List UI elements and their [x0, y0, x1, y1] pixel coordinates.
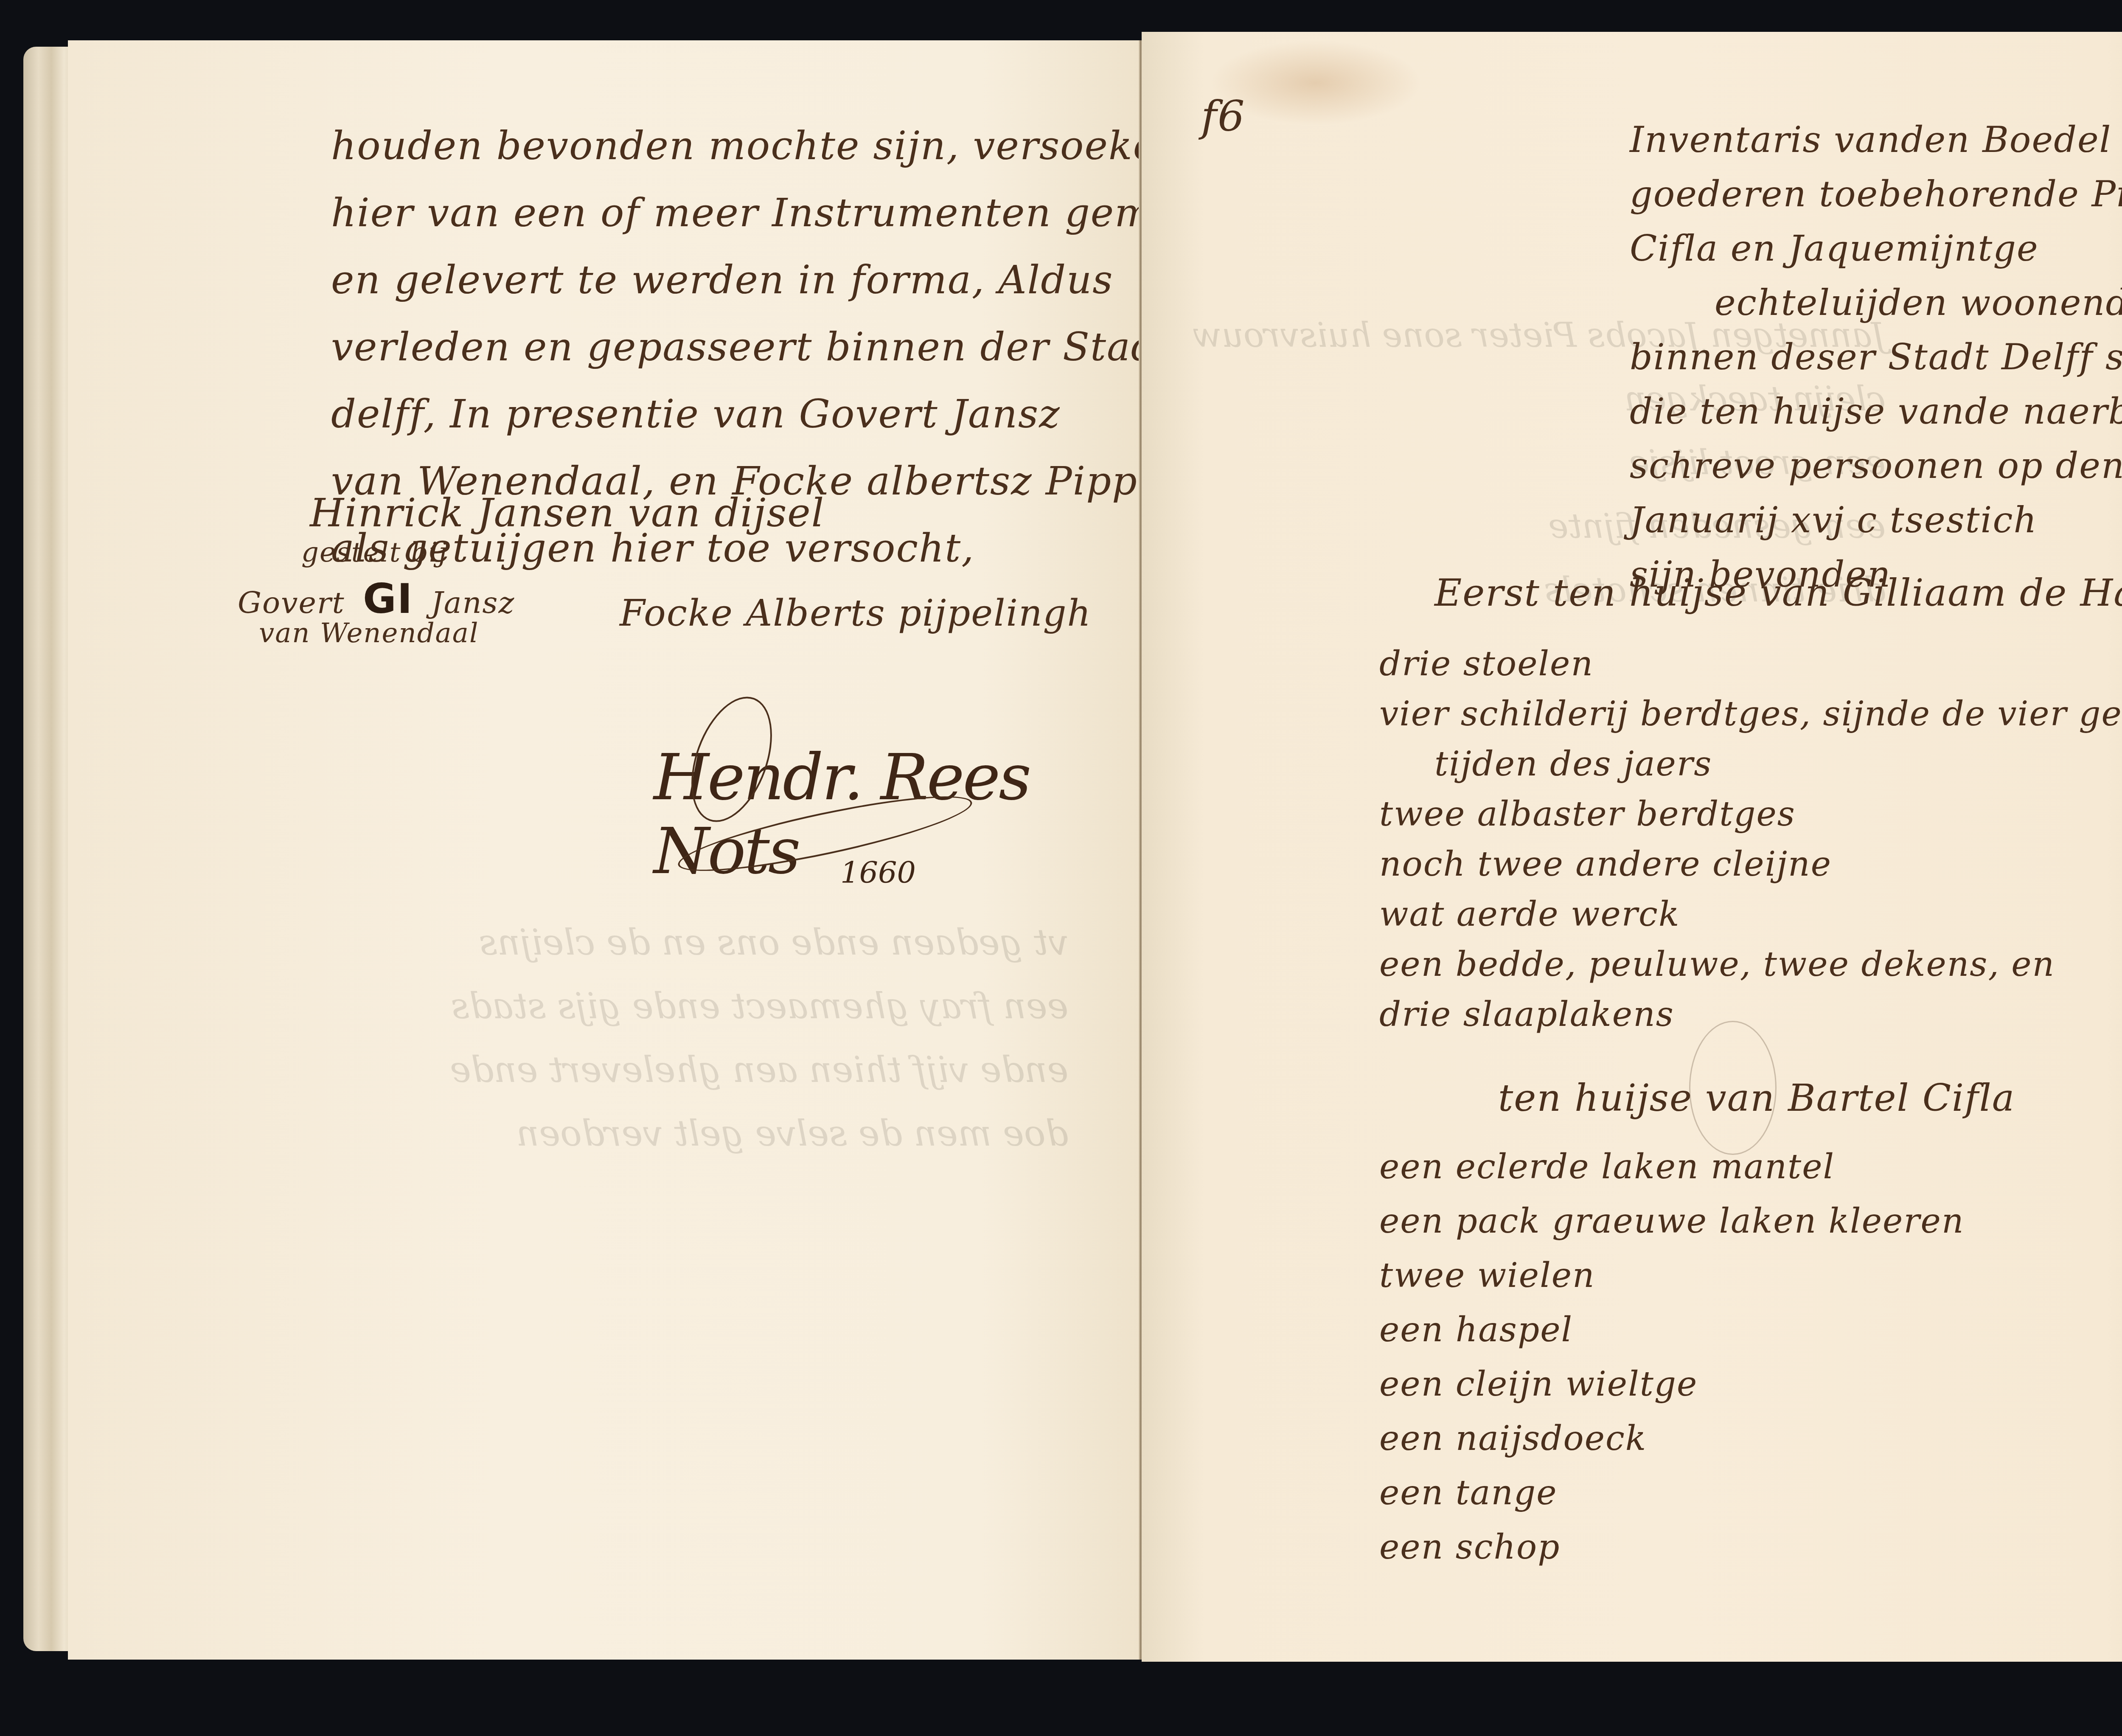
signature-govert: Govert GI Jansz: [238, 575, 515, 623]
inventory-item: een cleijn wieltge: [1379, 1357, 1964, 1411]
inventory-heading: Inventaris vanden Boedel en goederen toe…: [1630, 112, 2122, 601]
text-line: delff, In presentie van Govert Jansz: [331, 381, 1242, 448]
text-line: houden bevonden mochte sijn, versoekende: [331, 112, 1242, 180]
heading-line: goederen toebehorende Pieter: [1630, 167, 2122, 221]
inventory-item: een naijsdoeck: [1379, 1411, 1964, 1466]
inventory-item: twee wielen: [1379, 1248, 1964, 1303]
text-line: hier van een of meer Instrumenten gemaak…: [331, 180, 1242, 247]
heading-line: Januarij xvj c tsestich: [1630, 493, 2122, 547]
govert-patronym: Jansz: [431, 585, 515, 620]
bleedthrough-text: vt gedaen ende ons en de cleijns een fra…: [450, 910, 1068, 1165]
inventory-item: een eclerde laken mantel: [1379, 1140, 1964, 1194]
left-page: houden bevonden mochte sijn, versoekende…: [68, 40, 1142, 1660]
govert-mark: GI: [363, 575, 413, 623]
margin-mark: f6: [1201, 91, 1246, 141]
manuscript-spread: houden bevonden mochte sijn, versoekende…: [0, 0, 2122, 1736]
section-items-1: drie stoelen vier schilderij berdtges, s…: [1379, 639, 2122, 1039]
inventory-item: twee albaster berdtges: [1379, 789, 2122, 839]
heading-line: binnen deser Stadt Delff soo al: [1630, 330, 2122, 384]
text-line: verleden en gepasseert binnen der Stadt: [331, 314, 1242, 381]
govert-name: Govert: [238, 585, 345, 620]
heading-line: echteluijden woonende: [1630, 275, 2122, 330]
heading-line: Inventaris vanden Boedel en: [1630, 112, 2122, 167]
text-line: en gelevert te werden in forma, Aldus: [331, 247, 1242, 314]
page-edges-left: [23, 47, 74, 1651]
inventory-item: een pack graeuwe laken kleeren: [1379, 1194, 1964, 1248]
inventory-item: noch twee andere cleijne: [1379, 839, 2122, 889]
heading-line: schreve persoonen op den 6sten: [1630, 438, 2122, 493]
signature-hendrick: Hinrick Jansen van dijsel: [310, 490, 825, 536]
mark-label: gestelt bij: [301, 537, 448, 568]
heading-line: die ten huijse vande naerbe: [1630, 384, 2122, 438]
inventory-item: drie stoelen: [1379, 639, 2122, 689]
inventory-item: een haspel: [1379, 1303, 1964, 1357]
section-title-1: Eerst ten huijse van Gilliaam de Haa: [1434, 571, 2122, 615]
inventory-item: vier schilderij berdtges, sijnde de vier…: [1379, 689, 2122, 739]
inventory-item: een schop: [1379, 1520, 1964, 1574]
govert-line2: van Wenendaal: [259, 618, 479, 649]
signature-focke: Focke Alberts pijpelingh: [620, 592, 1092, 635]
section-items-2: een eclerde laken mantel een pack graeuw…: [1379, 1140, 1964, 1574]
inventory-item: tijden des jaers: [1379, 739, 2122, 789]
heading-line: Cifla en Jaquemijntge: [1630, 221, 2122, 275]
inventory-item: wat aerde werck: [1379, 889, 2122, 939]
notary-year: 1660: [840, 855, 916, 890]
inventory-item: een tange: [1379, 1466, 1964, 1520]
inventory-item: een bedde, peuluwe, twee dekens, en: [1379, 939, 2122, 989]
section-title-2: ten huijse van Bartel Cifla: [1498, 1076, 2015, 1120]
right-page: 7 f6 Jannetgen Jacobs Pieter sone huisvr…: [1142, 32, 2122, 1662]
